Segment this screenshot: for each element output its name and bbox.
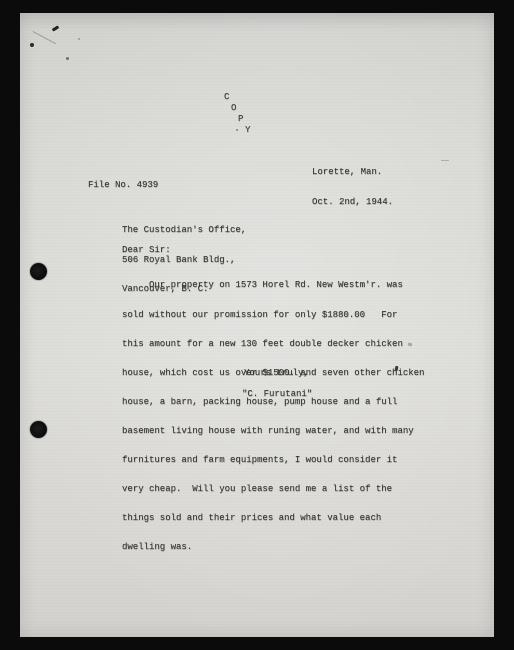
- copy-stamp-letter: O: [231, 103, 236, 113]
- letter-body: Our property on 1573 Horel Rd. New Westm…: [122, 262, 424, 572]
- body-line: dwelling was.: [122, 543, 424, 553]
- copy-stamp-letter: Y: [245, 125, 250, 135]
- salutation: Dear Sir:: [122, 246, 171, 256]
- copy-stamp-letter: C: [224, 92, 229, 102]
- stamp-speck-mark: [236, 129, 238, 131]
- pen-dot-mark: [30, 43, 34, 47]
- copy-stamp-letter: P: [238, 114, 243, 124]
- speck-mark: [66, 57, 69, 60]
- closing: Yours truly,: [244, 369, 309, 379]
- body-line: very cheap. Will you please send me a li…: [122, 485, 424, 495]
- signature: "C. Furutani": [242, 390, 312, 400]
- dateline: Lorette, Man. Oct. 2nd, 1944.: [312, 149, 393, 227]
- dateline-date: Oct. 2nd, 1944.: [312, 198, 393, 208]
- body-line: Our property on 1573 Horel Rd. New Westm…: [122, 281, 424, 291]
- dateline-place: Lorette, Man.: [312, 168, 393, 178]
- recipient-line: The Custodian's Office,: [122, 226, 246, 236]
- body-line: this amount for a new 130 feet double de…: [122, 340, 424, 350]
- body-line: things sold and their prices and what va…: [122, 514, 424, 524]
- scanned-letter-page: C O P Y Lorette, Man. Oct. 2nd, 1944. Fi…: [0, 0, 514, 650]
- punch-hole-top: [30, 263, 47, 280]
- file-number: File No. 4939: [88, 181, 158, 191]
- body-line: furnitures and farm equipments, I would …: [122, 456, 424, 466]
- body-line: basement living house with runing water,…: [122, 427, 424, 437]
- speck-mark: [441, 160, 449, 161]
- speck-mark: [78, 38, 80, 40]
- body-line: sold without our promission for only $18…: [122, 311, 424, 321]
- punch-hole-bottom: [30, 421, 47, 438]
